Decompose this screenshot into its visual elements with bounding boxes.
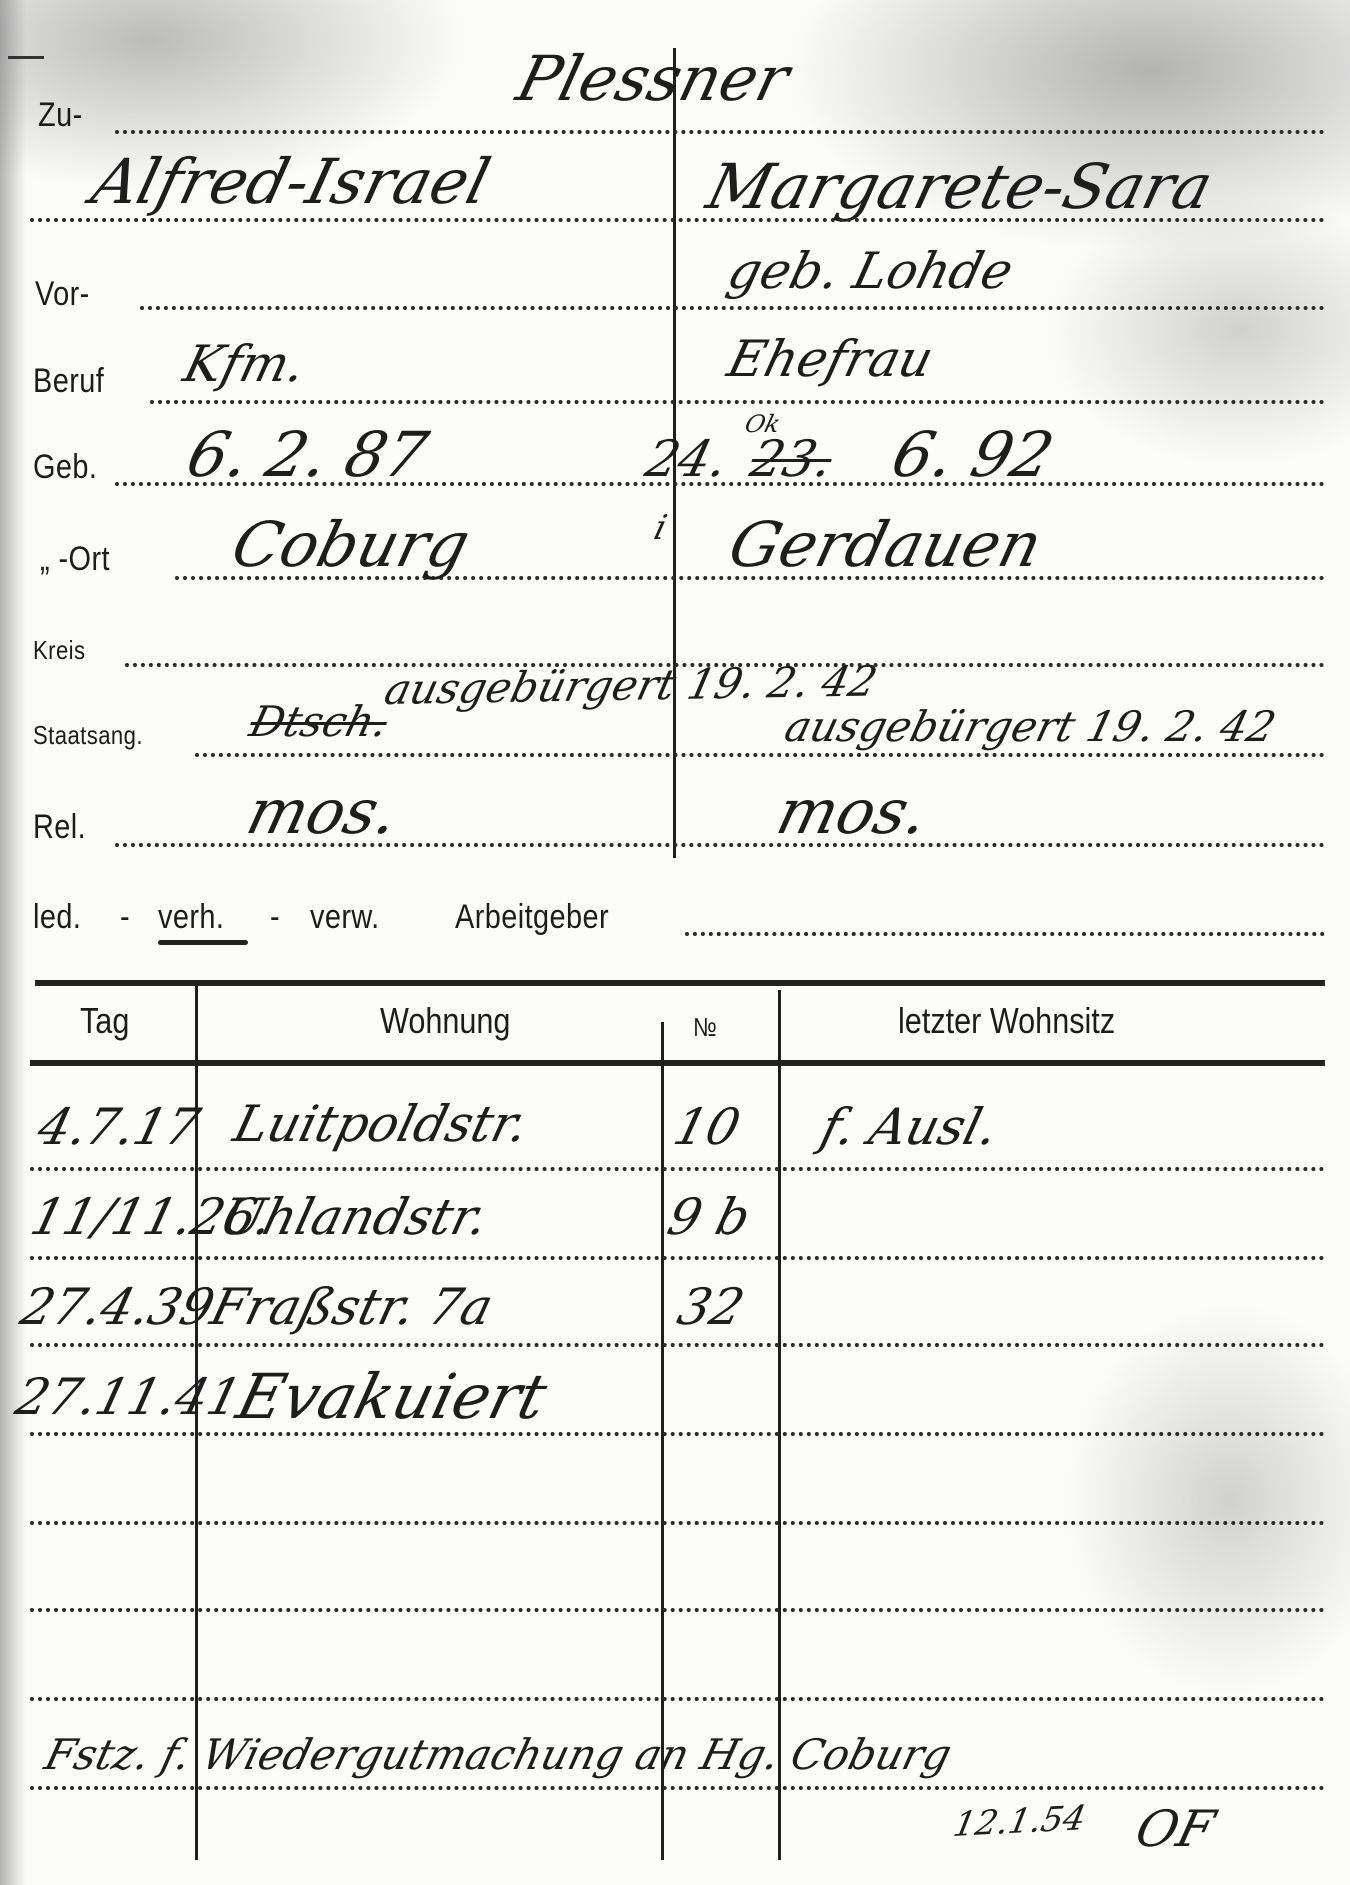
row-date: 4.7.17	[32, 1098, 206, 1156]
row-line	[30, 1343, 1325, 1347]
first-names-line-2	[140, 306, 1325, 310]
footer-note: Fstz. f. Wiedergutmachung an Hg. Coburg	[40, 1730, 956, 1779]
status-separator-2: -	[270, 898, 280, 937]
status-widowed: verw.	[310, 898, 380, 937]
row-previous: f. Ausl.	[815, 1098, 1004, 1156]
row-line	[30, 1432, 1325, 1436]
status-single: led.	[33, 898, 81, 937]
occupation-line	[150, 400, 1325, 404]
table-top-rule	[35, 980, 1325, 986]
wife-birth-date-struck: 23.	[745, 430, 839, 488]
wife-religion: mos.	[770, 775, 936, 848]
row-line	[30, 1167, 1325, 1171]
header-date: Tag	[80, 1000, 129, 1042]
label-occupation: Beruf	[33, 362, 104, 401]
header-number: №	[693, 1012, 717, 1043]
label-religion: Rel.	[33, 808, 86, 847]
row-line	[30, 1786, 1325, 1790]
citizenship-line	[195, 753, 1325, 757]
status-separator-1: -	[120, 898, 130, 937]
status-married: verh.	[158, 898, 224, 937]
status-married-underline	[158, 940, 248, 945]
wife-maiden-name: geb. Lohde	[722, 242, 1019, 300]
footer-note-date: 12.1.54	[950, 1798, 1089, 1845]
husband-first-names: Alfred-Israel	[85, 145, 497, 218]
header-previous-residence: letzter Wohnsitz	[898, 1000, 1115, 1042]
row-line	[30, 1256, 1325, 1260]
row-line	[30, 1697, 1325, 1701]
registration-card: Zu- Plessner Alfred-Israel Margarete-Sar…	[0, 0, 1350, 1885]
row-street: Fraßstr. 7a	[205, 1278, 499, 1336]
wife-birth-date-prefix: 24.	[640, 430, 734, 488]
wife-birth-date-rest: 6. 92	[885, 418, 1061, 491]
label-first-name: Vor-	[35, 275, 90, 314]
employer-line	[685, 932, 1325, 936]
footer-initials: OF	[1130, 1800, 1220, 1858]
row-street: Uhlandstr.	[215, 1188, 494, 1246]
label-district: Kreis	[33, 635, 85, 666]
surname-line	[115, 130, 1325, 134]
label-born: Geb.	[33, 448, 97, 487]
first-names-line-1	[30, 218, 1325, 222]
husband-citizenship-struck: Dtsch.	[245, 697, 393, 746]
row-street: Evakuiert	[230, 1360, 554, 1433]
husband-birth-date: 6. 2. 87	[180, 418, 435, 491]
label-citizenship: Staatsang.	[33, 720, 143, 751]
husband-religion: mos.	[240, 775, 406, 848]
row-number: 32	[672, 1278, 750, 1336]
husband-occupation: Kfm.	[178, 335, 312, 393]
table-header-rule	[30, 1060, 1325, 1066]
row-number: 10	[668, 1098, 746, 1156]
label-surname: Zu-	[38, 96, 83, 135]
label-employer: Arbeitgeber	[455, 898, 609, 937]
surname-value: Plessner	[510, 42, 796, 115]
label-birth-place: „ -Ort	[40, 540, 110, 579]
husband-birth-place-mark: i	[650, 508, 671, 548]
row-line	[30, 1608, 1325, 1612]
row-date: 27.11.41	[10, 1368, 247, 1426]
wife-citizenship: ausgebürgert 19. 2. 42	[780, 702, 1281, 751]
row-number: 9 b	[662, 1188, 756, 1246]
wife-birth-place: Gerdauen	[722, 508, 1049, 581]
row-line	[30, 1521, 1325, 1525]
row-street: Luitpoldstr.	[228, 1095, 534, 1153]
wife-first-names: Margarete-Sara	[700, 150, 1220, 223]
husband-birth-place: Coburg	[225, 508, 477, 581]
edge-tick-mark	[8, 56, 44, 59]
header-street: Wohnung	[380, 1000, 510, 1042]
wife-occupation: Ehefrau	[722, 330, 939, 388]
row-date: 27.4.39	[15, 1278, 220, 1336]
